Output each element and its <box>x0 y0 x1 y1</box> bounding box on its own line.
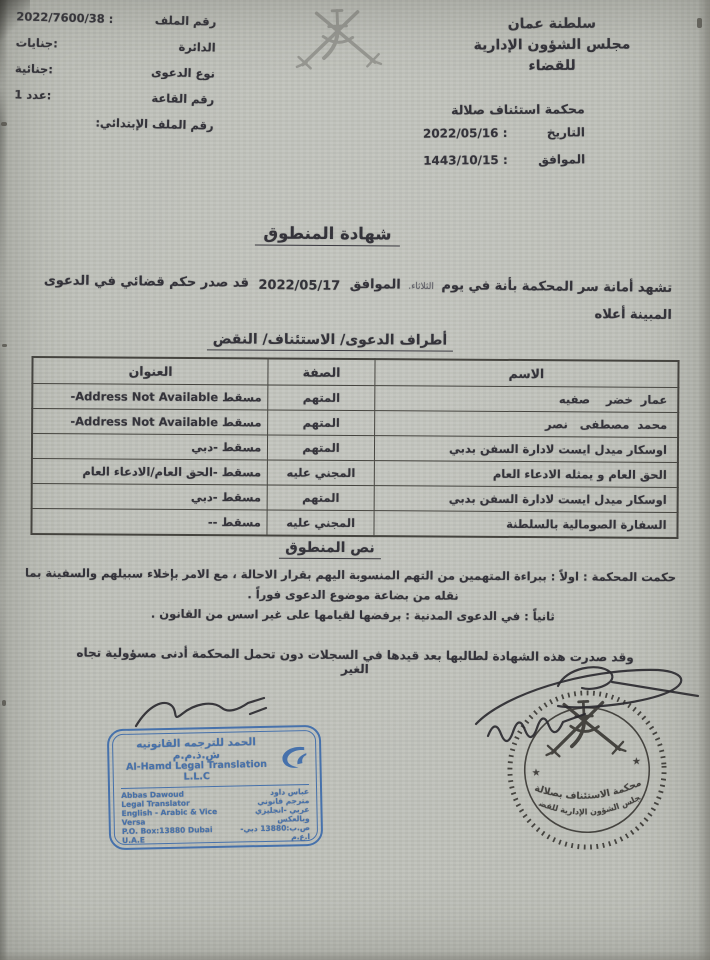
intro-part3: قد صدر حكم قضائي في الدعوى <box>44 273 249 291</box>
date-label: التاريخ <box>547 125 585 139</box>
stamp-star-left: ★ <box>531 767 541 778</box>
party-address: مسقط -- <box>31 509 267 536</box>
certification-paragraph: تشهد أمانة سر المحكمة بأنة في يوم الثلاث… <box>28 268 673 329</box>
court-date-block: محكمة استئناف صلالة التاريخ : 2022/05/16… <box>423 101 586 180</box>
case-type-label: نوع الدعوى <box>151 65 215 81</box>
party-address: مسقط ‎-Address Not Available <box>32 409 268 435</box>
document-title: شهادة المنطوق <box>0 222 655 246</box>
party-role: المتهم <box>268 385 375 411</box>
hijri-label: الموافق <box>538 152 585 166</box>
pobox-ar: ص.ب:13880 دبي-ا.ع.م <box>228 823 310 843</box>
case-meta-block: رقم الملف : 2022/7600/38 الدائرة :جنايات… <box>13 9 216 132</box>
pobox-row: P.O. Box:13880 Dubai U.A.E ص.ب:13880 دبي… <box>122 823 310 845</box>
court-name: محكمة استئناف صلالة <box>423 101 585 117</box>
hall-number-label: رقم القاعة <box>151 91 214 107</box>
party-role: المتهم <box>268 410 375 436</box>
party-address: مسقط -دبي <box>32 434 268 460</box>
file-number-row: رقم الملف : 2022/7600/38 <box>16 9 216 28</box>
col-header-role: الصفة <box>268 358 375 385</box>
verdict-section-title: نص المنطوق <box>0 535 660 557</box>
scan-edge-shadow-bottom <box>0 951 710 960</box>
verdict-section-title-text: نص المنطوق <box>279 540 380 560</box>
scan-speck <box>697 18 702 28</box>
party-role: المجني عليه <box>267 510 374 536</box>
council-line-2: للقضاء <box>422 55 682 78</box>
party-role: المتهم <box>268 435 375 461</box>
intro-day: الثلاثاء. <box>405 282 437 292</box>
hall-number-row: رقم القاعة :عدد 1 <box>14 87 214 106</box>
date-value: : 2022/05/16 <box>423 126 508 141</box>
party-name: الحق العام و يمثله الادعاء العام <box>374 461 678 488</box>
scan-speck <box>2 700 6 706</box>
gregorian-date-row: التاريخ : 2022/05/16 <box>423 125 585 140</box>
translator-stamp: الحمد للترجمه القانونيه ش.ذ.م.م Al-Hamd … <box>107 725 323 850</box>
translator-stamp-header: الحمد للترجمه القانونيه ش.ذ.م.م Al-Hamd … <box>120 735 309 789</box>
file-number-label: رقم الملف <box>155 13 217 29</box>
col-header-name: الاسم <box>375 359 679 387</box>
case-type-value: :جنائية <box>15 61 53 76</box>
party-name: عمار خضر صفيه <box>375 386 679 413</box>
parties-section-title: أطراف الدعوى/ الاستئناف/ النقض <box>0 327 660 349</box>
parties-table: الاسم الصفة العنوان عمار خضر صفيه المتهم… <box>30 356 679 539</box>
verdict-line-3: ثانياً : في الدعوى المدنية : برفضها لقيا… <box>30 603 676 628</box>
case-type-row: نوع الدعوى :جنائية <box>15 61 215 80</box>
judge-signature-icon <box>462 652 708 764</box>
translator-stamp-inner: الحمد للترجمه القانونيه ش.ذ.م.م Al-Hamd … <box>112 730 318 845</box>
verdict-text: حكمت المحكمة : اولاً : ببراءة المتهمين م… <box>30 563 676 628</box>
table-header-row: الاسم الصفة العنوان <box>32 357 678 387</box>
translator-stamp-details: Abbas Dawoud عباس داود Legal Translator … <box>121 785 310 845</box>
oman-emblem-icon <box>293 4 383 71</box>
translator-stamp-names: الحمد للترجمه القانونيه ش.ذ.م.م Al-Hamd … <box>120 736 273 785</box>
party-name: محمد مصطفى نصر <box>374 411 678 438</box>
alhamd-logo-icon <box>276 743 309 774</box>
intro-part4: المبينة أعلاه <box>594 307 671 323</box>
council-line-1: مجلس الشؤون الإدارية <box>422 34 682 57</box>
company-name-english: Al-Hamd Legal Translation L.L.C <box>120 760 272 785</box>
intro-date: 2022/05/17 <box>253 273 345 300</box>
translator-stamp-border: الحمد للترجمه القانونيه ش.ذ.م.م Al-Hamd … <box>107 725 323 850</box>
party-name: اوسكار ميدل ايست لادارة السفن بدبي <box>374 486 678 513</box>
scan-edge-shadow-right <box>698 0 710 960</box>
party-role: المتهم <box>267 485 374 511</box>
col-header-address: العنوان <box>32 357 268 385</box>
intro-part1: تشهد أمانة سر المحكمة بأنة في يوم <box>441 278 672 296</box>
parties-section-title-text: أطراف الدعوى/ الاستئناف/ النقض <box>207 331 454 351</box>
circuit-value: :جنايات <box>16 35 58 50</box>
scan-speck <box>1 122 7 126</box>
circuit-label: الدائرة <box>178 40 215 55</box>
authority-header: سلطنة عمان مجلس الشؤون الإدارية للقضاء <box>422 13 682 78</box>
circuit-row: الدائرة :جنايات <box>16 35 216 54</box>
party-name: السفارة الصومالية بالسلطنة <box>374 511 678 538</box>
party-name: اوسكار ميدل ايست لادارة السفن بدبي <box>374 436 678 463</box>
document-title-text: شهادة المنطوق <box>255 223 399 246</box>
intro-part2: الموافق <box>350 277 401 293</box>
hall-number-value: :عدد 1 <box>14 87 51 102</box>
scanned-court-document: رقم الملف : 2022/7600/38 الدائرة :جنايات… <box>0 0 710 960</box>
hijri-date-row: الموافق : 1443/10/15 <box>423 152 585 167</box>
languages-en: English - Arabic & Vice Versa <box>121 807 230 827</box>
pobox-en: P.O. Box:13880 Dubai U.A.E <box>122 825 229 845</box>
party-address: مسقط -الحق العام/الادعاء العام <box>32 459 268 485</box>
languages-ar: عربي -انجليزي وبالعكس <box>230 805 310 825</box>
sultanate-line: سلطنة عمان <box>422 13 682 36</box>
scan-edge-shadow-left <box>0 0 10 960</box>
party-role: المجني عليه <box>268 460 375 486</box>
hijri-value: : 1443/10/15 <box>423 153 508 168</box>
party-address: مسقط ‎-Address Not Available <box>32 384 268 410</box>
file-number-value: : 2022/7600/38 <box>16 9 113 26</box>
table-row: السفارة الصومالية بالسلطنة المجني عليه م… <box>31 509 677 538</box>
initial-file-label: رقم الملف الإبتدائي: <box>13 113 213 132</box>
party-address: مسقط -دبي <box>32 484 268 510</box>
